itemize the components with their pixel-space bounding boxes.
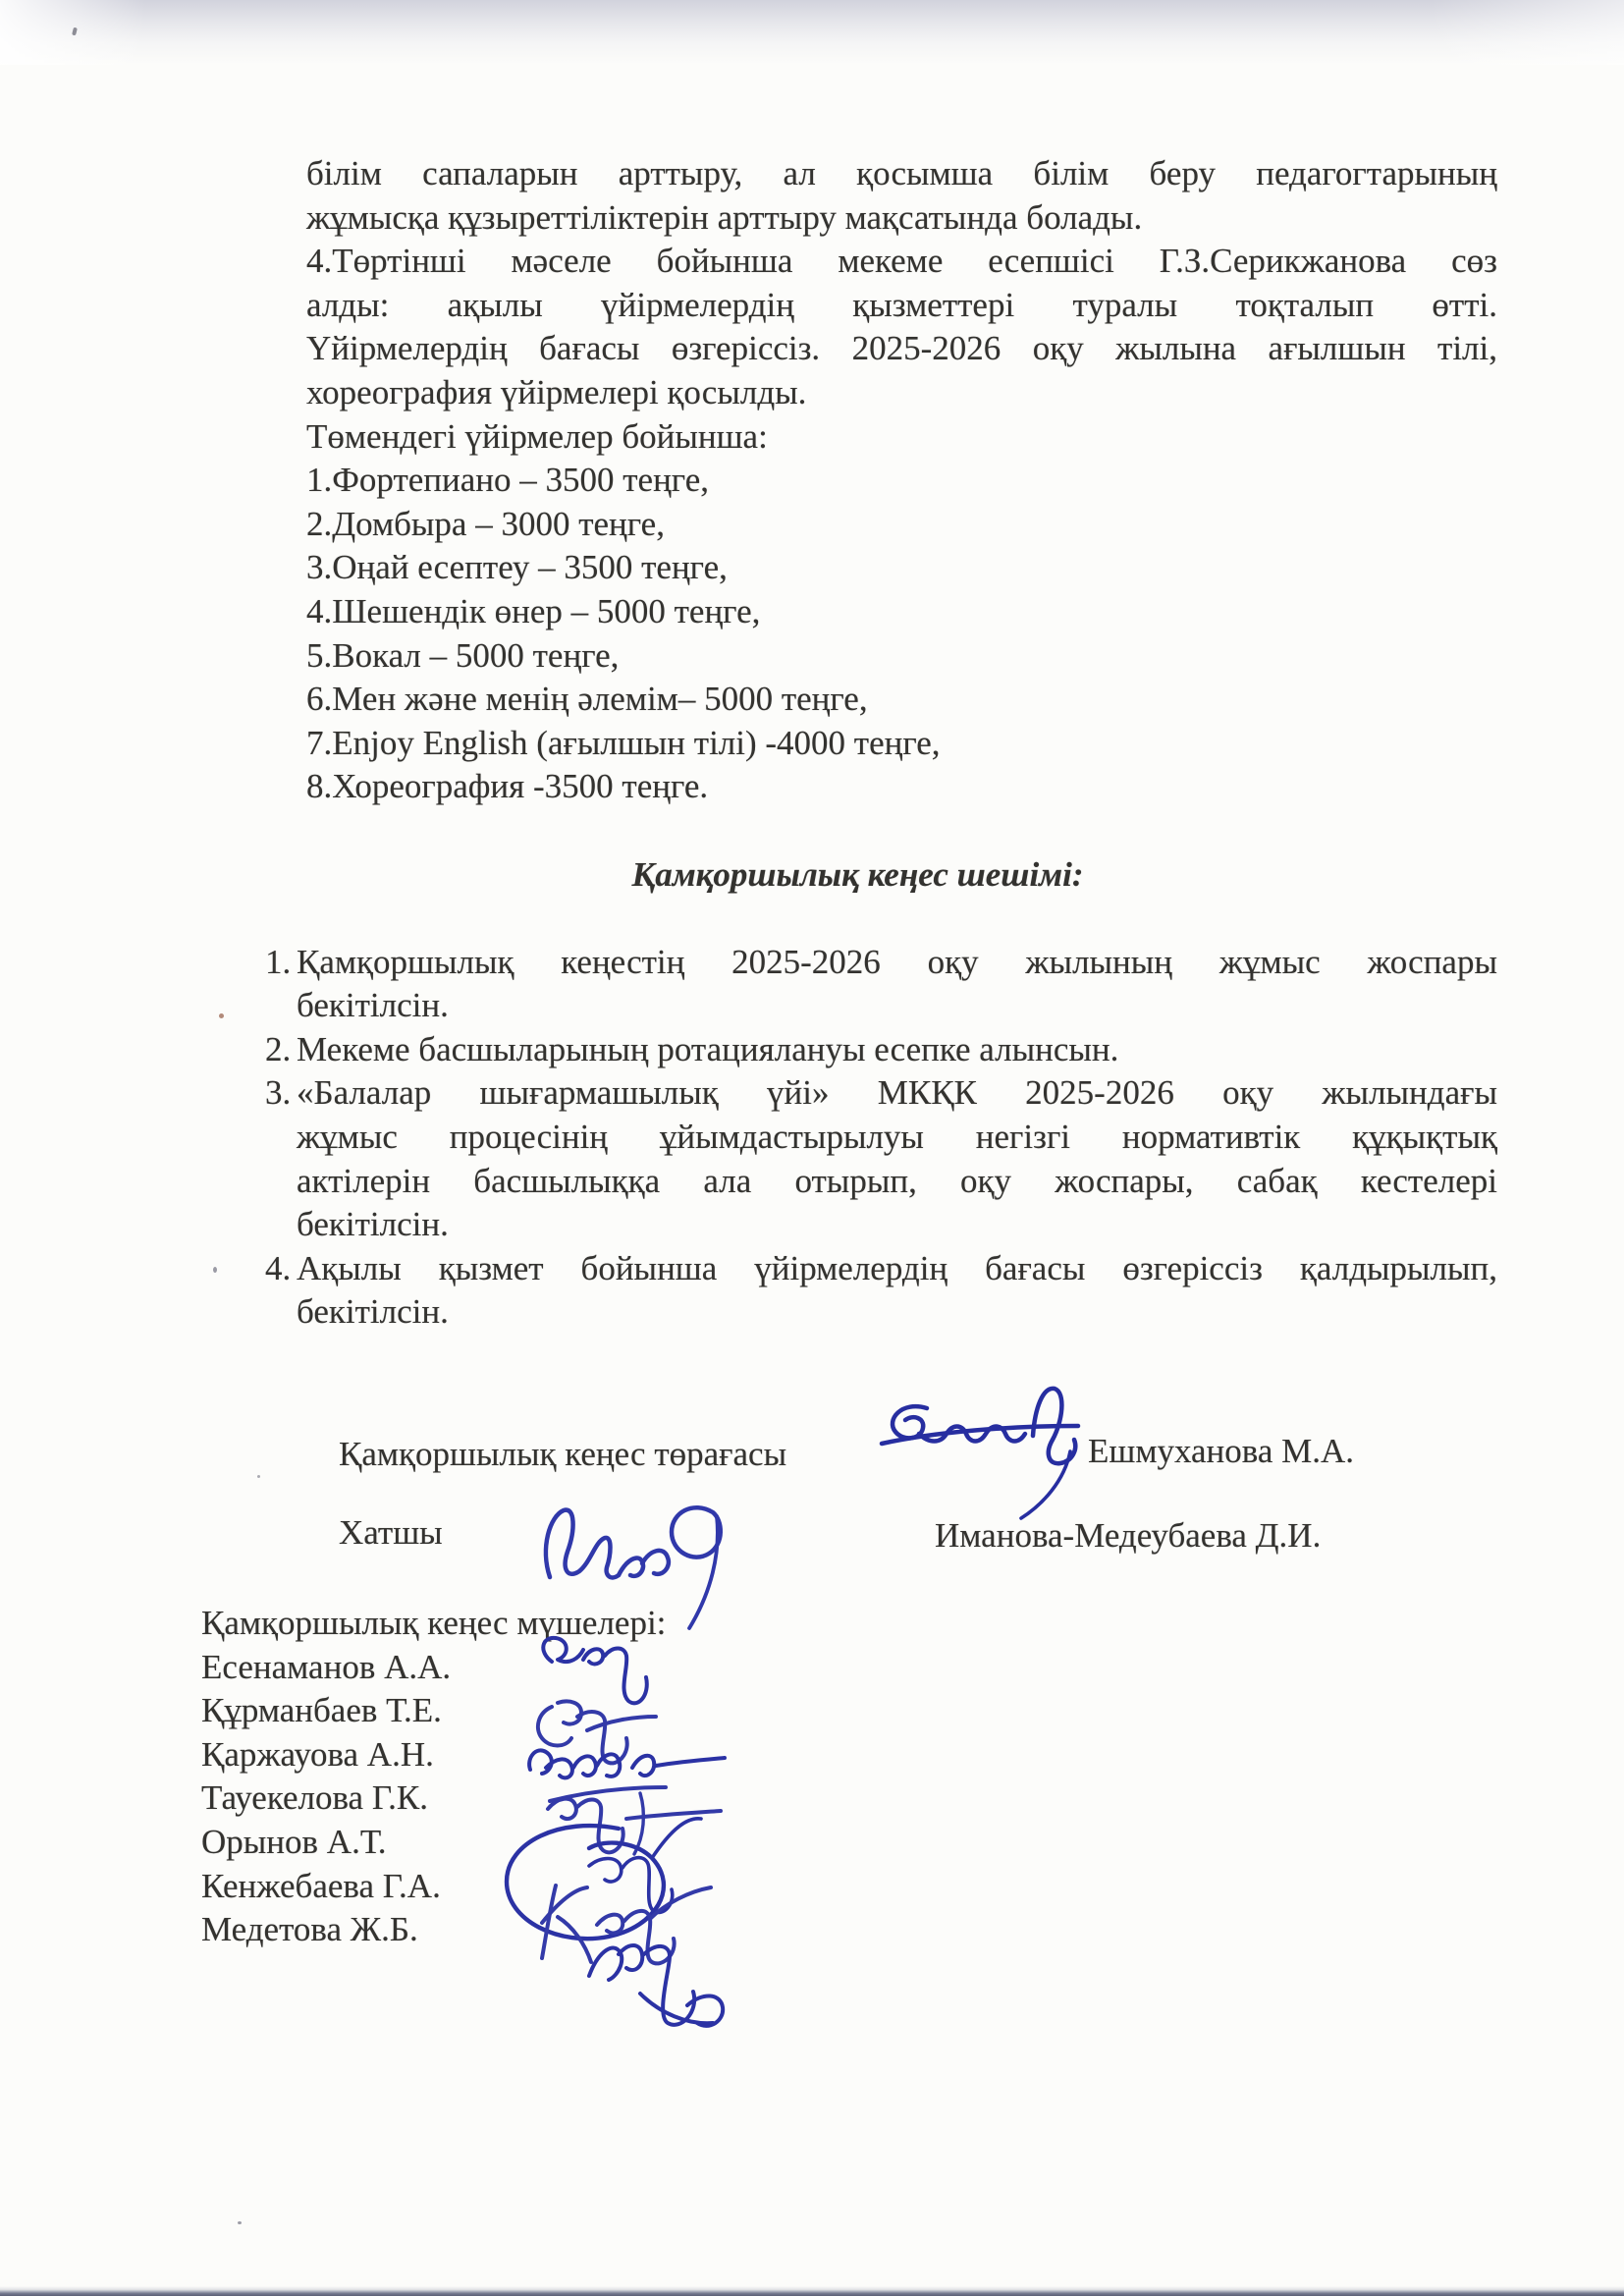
decision-number: 2. xyxy=(265,1028,291,1072)
decision-heading: Қамқоршылық кеңес шешімі: xyxy=(262,853,1453,898)
members-heading: Қамқоршылық кеңес мүшелері: xyxy=(201,1602,666,1646)
decision-item-2: 2. Мекеме басшыларының ротациялануы есеп… xyxy=(297,1028,1497,1072)
scan-speck xyxy=(219,1013,224,1018)
scan-speck xyxy=(238,2221,242,2224)
decision-item-4: 4. Ақылы қызмет бойынша үйірмелердің бағ… xyxy=(297,1247,1497,1335)
decision-line: Ақылы қызмет бойынша үйірмелердің бағасы… xyxy=(297,1247,1497,1291)
decision-number: 3. xyxy=(265,1071,291,1116)
paragraph-line: 4.Төртінші мәселе бойынша мекеме есепшіс… xyxy=(306,240,1497,284)
club-list-item: 4.Шешендік өнер – 5000 теңге, xyxy=(306,590,1497,634)
decision-number: 4. xyxy=(265,1247,291,1291)
members-block: Қамқоршылық кеңес мүшелері: Есенаманов А… xyxy=(201,1602,666,1952)
member-signature-medetova xyxy=(589,1945,723,2026)
decision-line: бекітілсін. xyxy=(297,1203,1497,1247)
paragraph-line: Төмендегі үйірмелер бойынша: xyxy=(306,415,1497,460)
scan-artifact-top-band xyxy=(0,0,1624,65)
scan-speck xyxy=(257,1475,260,1478)
decision-item-3: 3. «Балалар шығармашылық үйі» МКҚК 2025-… xyxy=(297,1071,1497,1246)
member-name: Кенжебаева Г.А. xyxy=(201,1865,666,1909)
decision-number: 1. xyxy=(265,941,291,985)
club-list-item: 3.Оңай есептеу – 3500 теңге, xyxy=(306,546,1497,590)
paragraph-line: хореография үйірмелері қосылды. xyxy=(306,371,1497,415)
secretary-name: Иманова-Медеубаева Д.И. xyxy=(935,1514,1321,1558)
spacer xyxy=(0,809,1624,853)
member-name: Орынов А.Т. xyxy=(201,1821,666,1865)
club-list-item: 7.Enjoy English (ағылшын тілі) -4000 тең… xyxy=(306,722,1497,766)
member-name: Есенаманов А.А. xyxy=(201,1646,666,1690)
paragraph-line: жұмысқа құзыреттіліктерін арттыру мақсат… xyxy=(306,196,1497,241)
club-list-item: 8.Хореография -3500 теңге. xyxy=(306,765,1497,809)
chairman-title-label: Қамқоршылық кеңес төрағасы xyxy=(339,1433,786,1476)
club-list-item: 1.Фортепиано – 3500 теңге, xyxy=(306,459,1497,503)
decision-line: «Балалар шығармашылық үйі» МКҚК 2025-202… xyxy=(297,1071,1497,1116)
chairman-name: Ешмуханова М.А. xyxy=(1088,1430,1354,1473)
club-list-item: 6.Мен және менің әлемім– 5000 теңге, xyxy=(306,678,1497,722)
paragraph-line: Үйірмелердің бағасы өзгеріссіз. 2025-202… xyxy=(306,327,1497,371)
paragraph-line: білім сапаларын арттыру, ал қосымша білі… xyxy=(306,152,1497,196)
scan-speck xyxy=(213,1267,217,1273)
member-name: Медетова Ж.Б. xyxy=(201,1908,666,1952)
decision-line: бекітілсін. xyxy=(297,984,1497,1028)
spacer xyxy=(0,897,1624,941)
member-name: Құрманбаев Т.Е. xyxy=(201,1689,666,1733)
member-name: Қаржауова А.Н. xyxy=(201,1733,666,1777)
decision-line: бекітілсін. xyxy=(297,1290,1497,1335)
member-name: Тауекелова Г.К. xyxy=(201,1777,666,1821)
club-list-item: 5.Вокал – 5000 теңге, xyxy=(306,634,1497,679)
paragraph-line: алды: ақылы үйірмелердің қызметтері тура… xyxy=(306,284,1497,328)
decision-line: Мекеме басшыларының ротациялануы есепке … xyxy=(297,1028,1497,1072)
scanned-document-page: білім сапаларын арттыру, ал қосымша білі… xyxy=(0,0,1624,2296)
club-list-item: 2.Домбыра – 3000 теңге, xyxy=(306,503,1497,547)
chairman-signature xyxy=(882,1389,1078,1518)
secretary-title-label: Хатшы xyxy=(339,1511,443,1555)
decision-line: жұмыс процесінің ұйымдастырылуы негізгі … xyxy=(297,1116,1497,1160)
decision-line: актілерін басшылыққа ала отырып, оқу жос… xyxy=(297,1160,1497,1204)
decision-item-1: 1. Қамқоршылық кеңестің 2025-2026 оқу жы… xyxy=(297,941,1497,1028)
document-body: білім сапаларын арттыру, ал қосымша білі… xyxy=(0,152,1624,1335)
decision-line: Қамқоршылық кеңестің 2025-2026 оқу жылын… xyxy=(297,941,1497,985)
scan-artifact-bottom-edge xyxy=(0,2286,1624,2296)
